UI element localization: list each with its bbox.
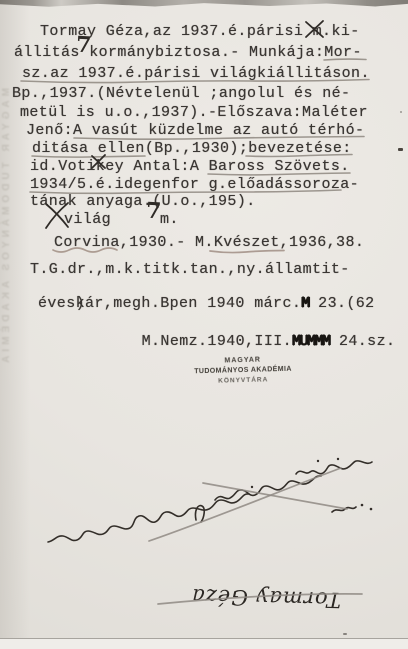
x-mark-over-vilag <box>46 203 68 228</box>
underline-kveszet <box>210 251 284 253</box>
underline-baross-szovets <box>208 173 350 175</box>
underline-mor <box>324 59 366 60</box>
underline-line3 <box>21 80 369 83</box>
catalog-card: MAGYAR TUDOMÁNYOS AKADÉMIA Tormay Géza,a… <box>0 0 408 649</box>
bottom-scan-edge <box>0 638 408 649</box>
stray-dot <box>400 111 402 113</box>
crossout-stroke-1 <box>203 483 347 509</box>
handwritten-note-upper <box>215 458 372 500</box>
signature-strike <box>158 594 362 604</box>
annotation-overlay <box>0 0 408 649</box>
x-mark-over-m <box>306 21 323 37</box>
stray-tick <box>343 633 347 635</box>
stray-mark <box>398 148 403 151</box>
underline-line6 <box>74 137 364 140</box>
crossout-stroke-2 <box>149 468 341 541</box>
underline-ditasa-ellen <box>32 156 145 157</box>
underline-corvina <box>53 248 117 252</box>
underline-bevezetese <box>246 155 352 157</box>
underline-line9 <box>30 190 341 193</box>
